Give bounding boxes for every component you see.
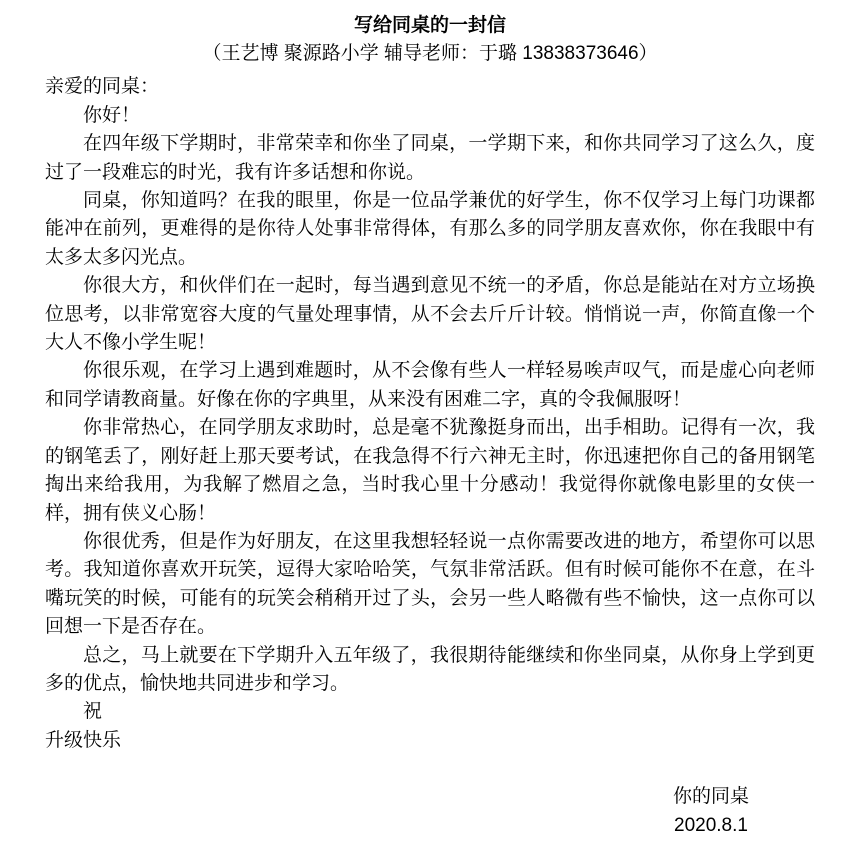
letter-paragraph: 你非常热心，在同学朋友求助时，总是毫不犹豫挺身而出，出手相助。记得有一次，我的钢… [45, 414, 815, 528]
letter-paragraph: 你很优秀，但是作为好朋友，在这里我想轻轻说一点你需要改进的地方，希望你可以思考。… [45, 528, 815, 642]
letter-paragraph: 你很大方，和伙伴们在一起时，每当遇到意见不统一的矛盾，你总是能站在对方立场换位思… [45, 272, 815, 357]
letter-salutation: 亲爱的同桌： [45, 73, 815, 101]
letter-date: 2020.8.1 [631, 812, 791, 840]
letter-paragraph: 总之，马上就要在下学期升入五年级了，我很期待能继续和你坐同桌，从你身上学到更多的… [45, 642, 815, 699]
letter-title: 写给同桌的一封信 [45, 11, 815, 40]
letter-signature: 你的同桌 [631, 783, 791, 811]
letter-byline: （王艺博 聚源路小学 辅导老师：于璐 13838373646） [45, 40, 815, 68]
letter-wish-prefix: 祝 [45, 698, 815, 726]
letter-signature-block: 你的同桌 2020.8.1 [631, 783, 791, 840]
letter-page: 写给同桌的一封信 （王艺博 聚源路小学 辅导老师：于璐 13838373646）… [0, 0, 859, 841]
letter-paragraph: 在四年级下学期时，非常荣幸和你坐了同桌，一学期下来，和你共同学习了这么久，度过了… [45, 130, 815, 187]
letter-paragraph: 同桌，你知道吗？在我的眼里，你是一位品学兼优的好学生，你不仅学习上每门功课都能冲… [45, 187, 815, 272]
letter-wish: 升级快乐 [45, 727, 815, 755]
letter-paragraph-greeting: 你好！ [45, 102, 815, 130]
letter-paragraph: 你很乐观，在学习上遇到难题时，从不会像有些人一样轻易唉声叹气，而是虚心向老师和同… [45, 357, 815, 414]
